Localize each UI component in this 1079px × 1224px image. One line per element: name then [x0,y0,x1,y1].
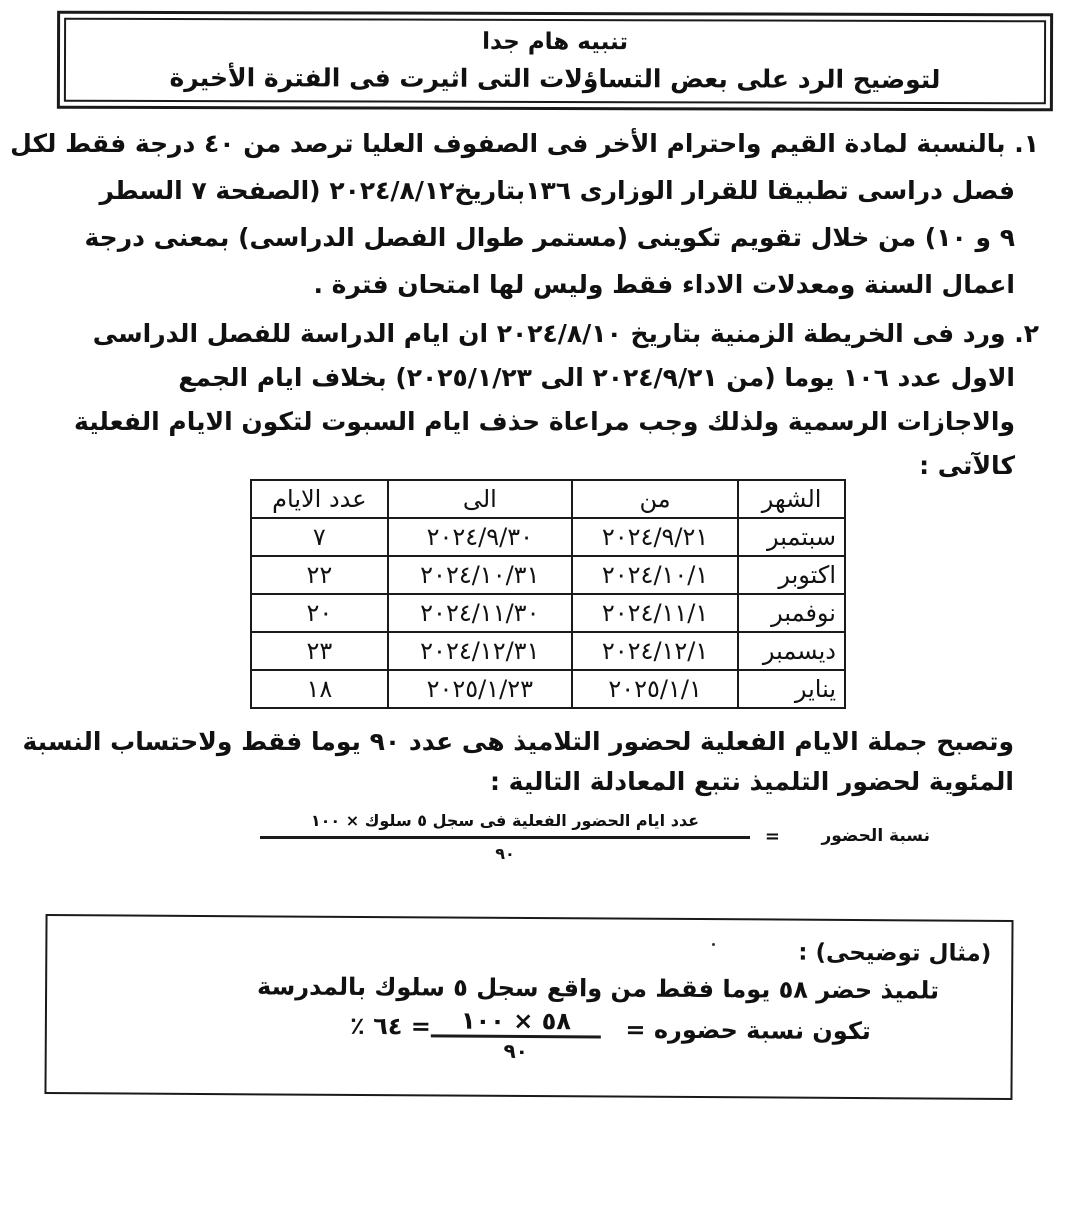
formula-denominator: ٩٠ [260,843,750,865]
fraction-bar [260,836,750,839]
example-box: (مثال توضيحى) : تلميذ حضر ٥٨ يوما فقط من… [44,914,1013,1100]
table-row: نوفمبر ٢٠٢٤/١١/١ ٢٠٢٤/١١/٣٠ ٢٠ [251,594,845,632]
example-calculation: تكون نسبة حضوره = ٥٨ × ١٠٠ ٩٠ = ٦٤ ٪ [251,1007,871,1071]
table-header-row: الشهر من الى عدد الايام [251,480,845,518]
table-row: سبتمبر ٢٠٢٤/٩/٢١ ٢٠٢٤/٩/٣٠ ٧ [251,518,845,556]
header-days: عدد الايام [251,480,388,518]
cell-from: ٢٠٢٤/٩/٢١ [572,518,738,556]
cell-to: ٢٠٢٤/١٠/٣١ [388,556,572,594]
header-to: الى [388,480,572,518]
example-calc-label: تكون نسبة حضوره = [625,1016,871,1045]
school-days-table: الشهر من الى عدد الايام سبتمبر ٢٠٢٤/٩/٢١… [250,479,846,709]
cell-month: اكتوبر [738,556,845,594]
point-1-line: ٩ و ١٠) من خلال تقويم تكوينى (مستمر طوال… [94,214,1039,261]
point-2-line: ٢. ورد فى الخريطة الزمنية بتاريخ ٢٠٢٤/٨/… [94,312,1039,356]
point-3-line: المئوية لحضور التلميذ نتبع المعادلة التا… [114,762,1014,802]
cell-month: سبتمبر [738,518,845,556]
cell-from: ٢٠٢٥/١/١ [572,670,738,708]
example-result: = ٦٤ ٪ [350,1012,431,1040]
point-1-line: ١. بالنسبة لمادة القيم واحترام الأخر فى … [94,120,1039,167]
cell-days: ٧ [251,518,388,556]
attendance-formula: نسبة الحضور = عدد ايام الحضور الفعلية فى… [170,808,930,878]
notice-title: تنبيه هام جدا [482,27,628,57]
point-3-paragraph: وتصبح جملة الايام الفعلية لحضور التلاميذ… [114,722,1014,802]
point-1-line: فصل دراسى تطبيقا للقرار الوزارى ١٣٦بتاري… [94,167,1039,214]
example-numerator: ٥٨ × ١٠٠ [431,1008,601,1033]
document-page: تنبيه هام جدا لتوضيح الرد على بعض التساؤ… [0,0,1079,1224]
cell-month: ديسمبر [738,632,845,670]
cell-from: ٢٠٢٤/١٠/١ [572,556,738,594]
table-row: يناير ٢٠٢٥/١/١ ٢٠٢٥/١/٢٣ ١٨ [251,670,845,708]
example-denominator: ٩٠ [431,1039,601,1062]
point-1-line: اعمال السنة ومعدلات الاداء فقط وليس لها … [94,261,1039,308]
formula-label: نسبة الحضور [821,826,930,846]
cell-to: ٢٠٢٥/١/٢٣ [388,670,572,708]
cell-days: ١٨ [251,670,388,708]
header-month: الشهر [738,480,845,518]
header-from: من [572,480,738,518]
point-2-line: والاجازات الرسمية ولذلك وجب مراعاة حذف ا… [94,400,1039,444]
notice-header-inner: تنبيه هام جدا لتوضيح الرد على بعض التساؤ… [64,18,1046,105]
notice-subtitle: لتوضيح الرد على بعض التساؤلات التى اثيرت… [169,62,940,96]
example-fraction: ٥٨ × ١٠٠ ٩٠ [431,1008,601,1062]
point-1-paragraph: ١. بالنسبة لمادة القيم واحترام الأخر فى … [94,120,1039,308]
formula-numerator: عدد ايام الحضور الفعلية فى سجل ٥ سلوك × … [260,808,750,834]
example-title: (مثال توضيحى) : [798,937,991,970]
formula-equals: = [765,826,780,847]
cell-to: ٢٠٢٤/١١/٣٠ [388,594,572,632]
fraction-bar [431,1034,601,1038]
cell-from: ٢٠٢٤/١٢/١ [572,632,738,670]
point-3-line: وتصبح جملة الايام الفعلية لحضور التلاميذ… [114,722,1014,762]
table-row: ديسمبر ٢٠٢٤/١٢/١ ٢٠٢٤/١٢/٣١ ٢٣ [251,632,845,670]
formula-fraction: عدد ايام الحضور الفعلية فى سجل ٥ سلوك × … [260,808,750,865]
cell-days: ٢٣ [251,632,388,670]
cell-month: نوفمبر [738,594,845,632]
cell-days: ٢٢ [251,556,388,594]
stray-dot-mark [712,943,715,946]
example-description: تلميذ حضر ٥٨ يوما فقط من واقع سجل ٥ سلوك… [257,969,939,1007]
point-2-line: الاول عدد ١٠٦ يوما (من ٢٠٢٤/٩/٢١ الى ٢٠٢… [94,356,1039,400]
cell-month: يناير [738,670,845,708]
point-2-paragraph: ٢. ورد فى الخريطة الزمنية بتاريخ ٢٠٢٤/٨/… [94,312,1039,488]
table-row: اكتوبر ٢٠٢٤/١٠/١ ٢٠٢٤/١٠/٣١ ٢٢ [251,556,845,594]
cell-to: ٢٠٢٤/٩/٣٠ [388,518,572,556]
cell-days: ٢٠ [251,594,388,632]
notice-header-box: تنبيه هام جدا لتوضيح الرد على بعض التساؤ… [57,11,1053,112]
cell-to: ٢٠٢٤/١٢/٣١ [388,632,572,670]
cell-from: ٢٠٢٤/١١/١ [572,594,738,632]
